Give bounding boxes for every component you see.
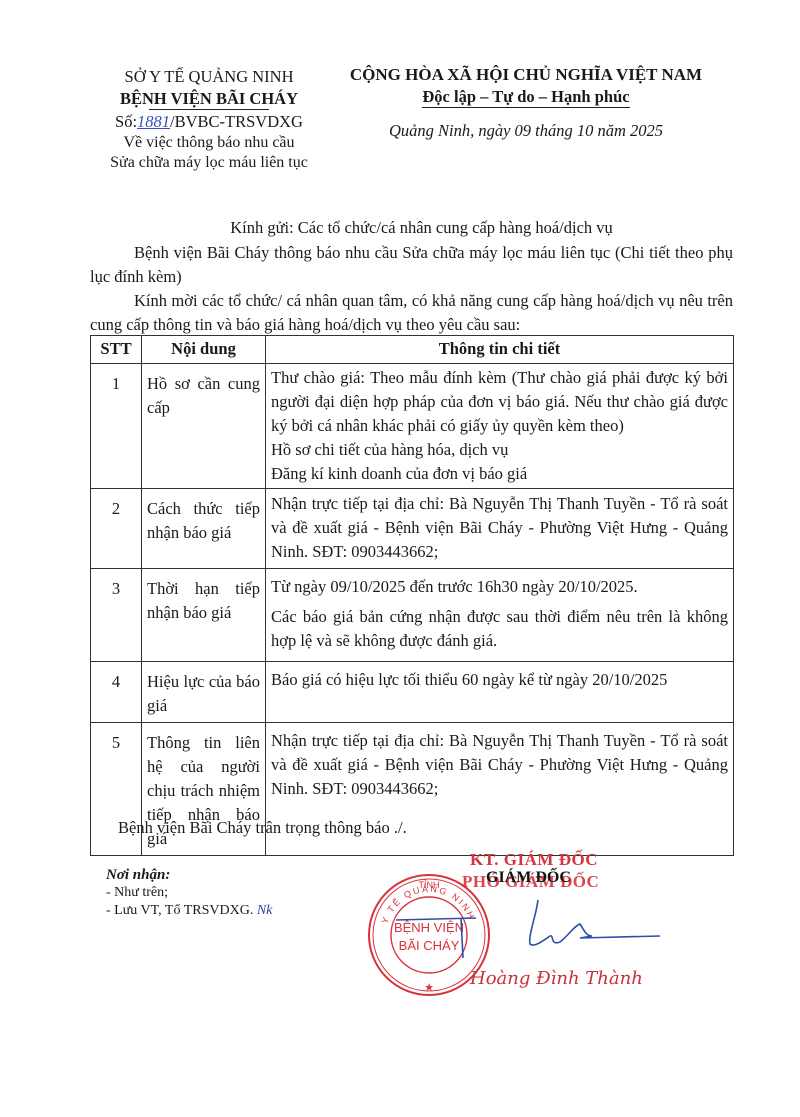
cell-details: Thư chào giá: Theo mẫu đính kèm (Thư chà… [266,364,734,489]
detail-line: Các báo giá bản cứng nhận được sau thời … [271,605,728,653]
svg-text:BÃI CHÁY: BÃI CHÁY [399,938,460,953]
signer-name: Hoàng Đình Thành [470,968,643,989]
issuer-block: SỞ Y TẾ QUẢNG NINH BỆNH VIỆN BÃI CHÁY Số… [88,66,330,173]
organization-name: BỆNH VIỆN BÃI CHÁY [88,88,330,110]
header-content: Nội dung [142,336,266,364]
recipient-item: - Lưu VT, Tổ TRSVDXG. Nk [106,902,272,920]
table-row: 1Hồ sơ cần cung cấpThư chào giá: Theo mẫ… [91,364,734,489]
cell-details: Báo giá có hiệu lực tối thiểu 60 ngày kể… [266,662,734,723]
detail-line: Báo giá có hiệu lực tối thiểu 60 ngày kể… [271,668,728,692]
handwritten-initial: Nk [257,903,273,918]
detail-line: Nhận trực tiếp tại địa chỉ: Bà Nguyễn Th… [271,729,728,801]
document-number: Số:1881/BVBC-TRSVDXG [88,111,330,133]
cell-stt: 1 [91,364,142,489]
subject-line-2: Sửa chữa máy lọc máu liên tục [88,153,330,173]
motto: Độc lập – Tự do – Hạnh phúc [330,86,722,108]
cell-details: Từ ngày 09/10/2025 đến trước 16h30 ngày … [266,569,734,662]
recipients-block: Nơi nhận: - Như trên; - Lưu VT, Tổ TRSVD… [106,866,272,920]
cell-stt: 3 [91,569,142,662]
cell-content: Thời hạn tiếp nhận báo giá [142,569,266,662]
nation-title: CỘNG HÒA XÃ HỘI CHỦ NGHĨA VIỆT NAM [330,64,722,86]
doc-number-suffix: /BVBC-TRSVDXG [170,112,303,131]
detail-line: Đăng kí kinh doanh của đơn vị báo giá [271,462,728,486]
cell-content: Hiệu lực của báo giá [142,662,266,723]
cell-content: Cách thức tiếp nhận báo giá [142,489,266,569]
requirements-table: STT Nội dung Thông tin chi tiết 1Hồ sơ c… [90,335,734,856]
doc-number-prefix: Số: [115,112,137,131]
recipient-item: - Như trên; [106,884,272,902]
place-date: Quảng Ninh, ngày 09 tháng 10 năm 2025 [330,121,722,141]
paragraph-1: Bệnh viện Bãi Cháy thông báo nhu cầu Sửa… [90,241,733,289]
agency-name: SỞ Y TẾ QUẢNG NINH [88,66,330,88]
header-stt: STT [91,336,142,364]
paragraph-2: Kính mời các tổ chức/ cá nhân quan tâm, … [90,289,733,337]
detail-line: Hồ sơ chi tiết của hàng hóa, dịch vụ [271,438,728,462]
signature-icon [520,896,660,956]
doc-number-handwritten: 1881 [137,112,170,131]
table-row: 3Thời hạn tiếp nhận báo giáTừ ngày 09/10… [91,569,734,662]
closing-statement: Bệnh viện Bãi Cháy trân trọng thông báo … [118,818,407,838]
table-header-row: STT Nội dung Thông tin chi tiết [91,336,734,364]
detail-line: Thư chào giá: Theo mẫu đính kèm (Thư chà… [271,366,728,438]
salutation: Kính gửi: Các tổ chức/cá nhân cung cấp h… [90,216,743,240]
motto-text: Độc lập – Tự do – Hạnh phúc [422,87,629,108]
cell-details: Nhận trực tiếp tại địa chỉ: Bà Nguyễn Th… [266,489,734,569]
cell-content: Hồ sơ cần cung cấp [142,364,266,489]
table-row: 4Hiệu lực của báo giáBáo giá có hiệu lực… [91,662,734,723]
svg-text:★: ★ [424,982,434,994]
stamp-title-kt: KT. GIÁM ĐỐC [470,850,598,870]
table-row: 2Cách thức tiếp nhận báo giáNhận trực ti… [91,489,734,569]
national-header: CỘNG HÒA XÃ HỘI CHỦ NGHĨA VIỆT NAM Độc l… [330,64,722,141]
header-details: Thông tin chi tiết [266,336,734,364]
recipients-title: Nơi nhận: [106,866,272,884]
detail-line: Từ ngày 09/10/2025 đến trước 16h30 ngày … [271,575,728,599]
svg-text:TỈNH: TỈNH [419,879,440,890]
printed-title: GIÁM ĐỐC [486,869,571,887]
svg-text:BỆNH VIỆN: BỆNH VIỆN [394,920,464,935]
cell-stt: 2 [91,489,142,569]
subject-line-1: Về việc thông báo nhu cầu [88,133,330,153]
detail-line: Nhận trực tiếp tại địa chỉ: Bà Nguyễn Th… [271,492,728,564]
cell-stt: 4 [91,662,142,723]
